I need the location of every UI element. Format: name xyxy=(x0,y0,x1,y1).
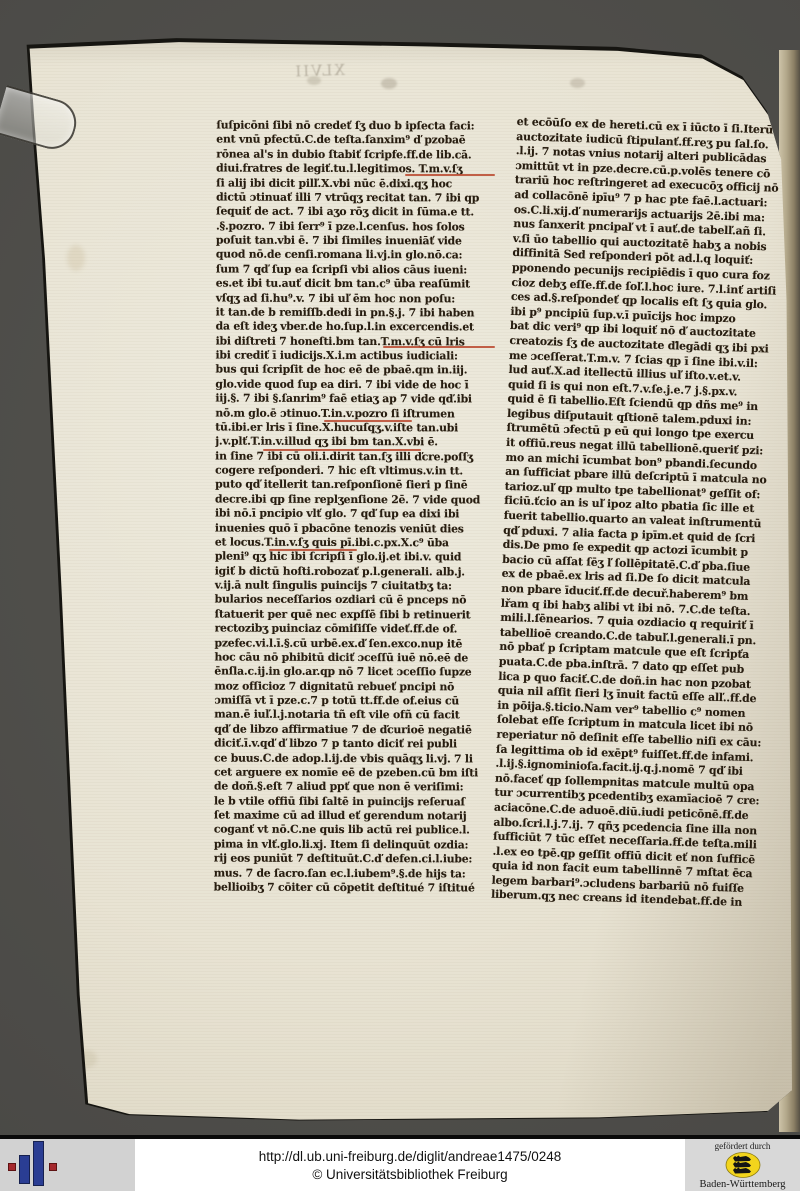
logo-bar-tall xyxy=(33,1141,44,1186)
ub-freiburg-logo-icon xyxy=(8,1140,60,1190)
rubric-underline xyxy=(269,549,357,551)
paper-stain xyxy=(67,245,85,271)
logo-square-right xyxy=(49,1163,57,1171)
funder-panel: gefördert durch Baden-Württemberg xyxy=(685,1139,800,1191)
scan-backdrop: XLVII ſuſpicōni ſibi nō credeť ſʒ duo b … xyxy=(0,0,800,1135)
funded-by-label: gefördert durch xyxy=(715,1141,771,1151)
text-column-right: et ecōūſo ex de hereti.cū ex ī iūcto ī ſ… xyxy=(491,115,799,914)
funder-name: Baden-Württemberg xyxy=(699,1179,785,1190)
baden-wuerttemberg-arms-icon xyxy=(725,1152,761,1178)
rubric-underline xyxy=(383,346,495,348)
rubric-underline xyxy=(405,174,495,176)
rubric-underline xyxy=(324,420,412,422)
rubric-underline xyxy=(263,449,421,451)
logo-square-left xyxy=(8,1163,16,1171)
paper-stain xyxy=(381,78,397,89)
paper-stain xyxy=(570,78,585,88)
folio-mark-showthrough: XLVII xyxy=(275,61,346,85)
footer-text-panel: http://dl.ub.uni-freiburg.de/diglit/andr… xyxy=(135,1139,685,1191)
paper-stain xyxy=(75,1050,97,1068)
manuscript-page: XLVII ſuſpicōni ſibi nō credeť ſʒ duo b … xyxy=(25,40,795,1125)
source-url: http://dl.ub.uni-freiburg.de/diglit/andr… xyxy=(259,1149,561,1164)
ub-freiburg-logo-panel xyxy=(0,1139,135,1191)
viewer-footer: http://dl.ub.uni-freiburg.de/diglit/andr… xyxy=(0,1135,800,1191)
copyright-notice: © Universitätsbibliothek Freiburg xyxy=(312,1167,507,1182)
text-column-left: ſuſpicōni ſibi nō credeť ſʒ duo b ipſect… xyxy=(214,119,499,898)
logo-bar-short xyxy=(19,1155,30,1184)
